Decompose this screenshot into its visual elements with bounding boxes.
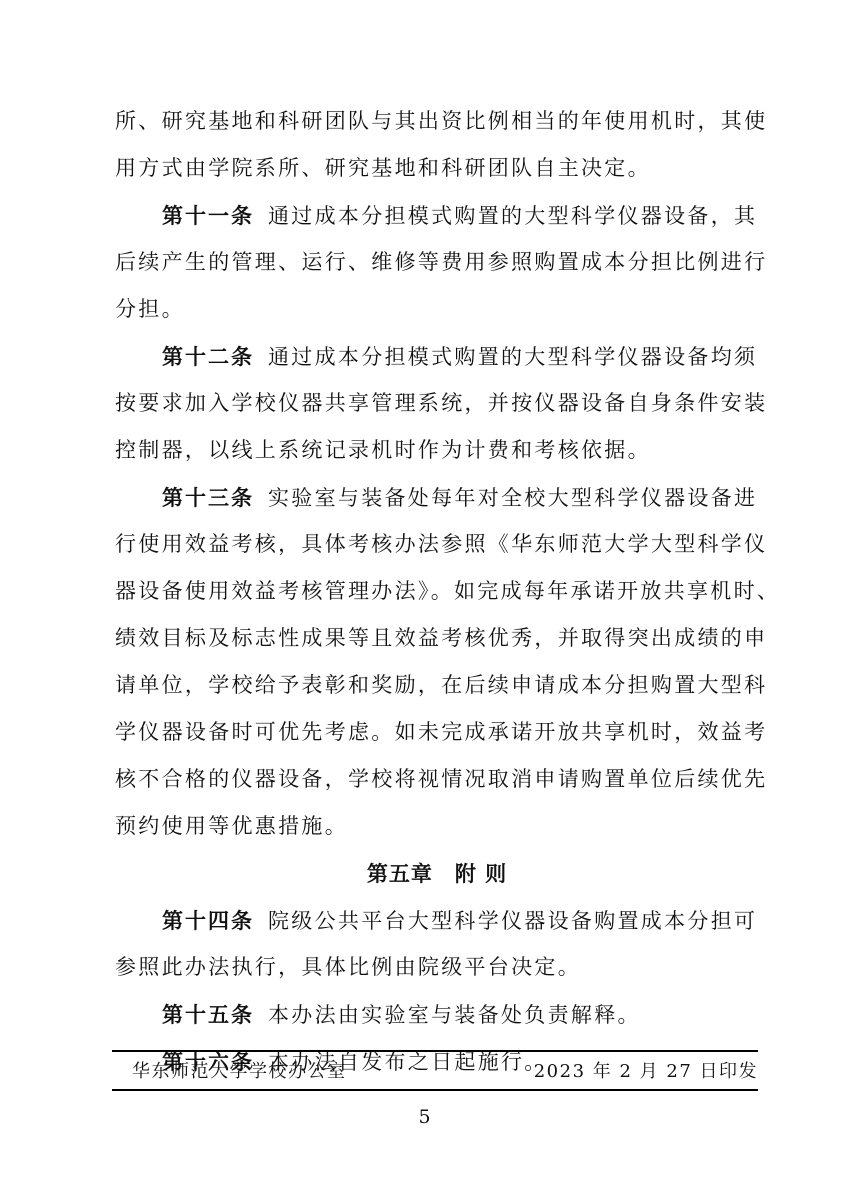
chapter-heading: 第五章附 则 (115, 850, 759, 897)
footer-top-rule (112, 1050, 758, 1052)
article-11: 第十一条通过成本分担模式购置的大型科学仪器设备，其 (115, 192, 759, 239)
article-14: 第十四条院级公共平台大型科学仪器设备购置成本分担可 (115, 897, 759, 944)
article-label: 第十四条 (162, 908, 254, 933)
issuer: 华东师范大学学校办公室 (132, 1055, 347, 1089)
issue-date: 2023 年 2 月 27 日印发 (534, 1055, 758, 1089)
page-number: 5 (0, 1104, 849, 1130)
article-label: 第十二条 (162, 344, 254, 369)
text-line: 控制器，以线上系统记录机时作为计费和考核依据。 (115, 427, 759, 474)
text-line: 后续产生的管理、运行、维修等费用参照购置成本分担比例进行 (115, 239, 759, 286)
line-text: 参照此办法执行，具体比例由院级平台决定。 (115, 955, 581, 979)
text-line: 分担。 (115, 286, 759, 333)
text-line: 学仪器设备时可优先考虑。如未完成承诺开放共享机时，效益考 (115, 709, 759, 756)
body-text: 所、研究基地和科研团队与其出资比例相当的年使用机时，其使 用方式由学院系所、研究… (115, 98, 759, 1085)
line-text: 实验室与装备处每年对全校大型科学仪器设备进 (268, 486, 757, 510)
chapter-number: 第五章 (367, 861, 433, 886)
article-label: 第十五条 (162, 1002, 254, 1027)
line-text: 控制器，以线上系统记录机时作为计费和考核依据。 (115, 438, 651, 462)
line-text: 绩效目标及标志性成果等且效益考核优秀，并取得突出成绩的申 (115, 626, 767, 650)
line-text: 请单位，学校给予表彰和奖励，在后续申请成本分担购置大型科 (115, 673, 767, 697)
line-text: 所、研究基地和科研团队与其出资比例相当的年使用机时，其使 (115, 109, 767, 133)
footer-imprint: 华东师范大学学校办公室 2023 年 2 月 27 日印发 (112, 1055, 758, 1089)
line-text: 分担。 (115, 297, 185, 321)
line-text: 用方式由学院系所、研究基地和科研团队自主决定。 (115, 156, 651, 180)
line-text: 核不合格的仪器设备，学校将视情况取消申请购置单位后续优先 (115, 767, 767, 791)
text-line: 器设备使用效益考核管理办法》。如完成每年承诺开放共享机时、 (115, 568, 759, 615)
footer-bottom-rule (112, 1089, 758, 1091)
text-line: 用方式由学院系所、研究基地和科研团队自主决定。 (115, 145, 759, 192)
text-line: 所、研究基地和科研团队与其出资比例相当的年使用机时，其使 (115, 98, 759, 145)
line-text: 通过成本分担模式购置的大型科学仪器设备，其 (268, 204, 757, 228)
article-12: 第十二条通过成本分担模式购置的大型科学仪器设备均须 (115, 333, 759, 380)
line-text: 院级公共平台大型科学仪器设备购置成本分担可 (268, 909, 757, 933)
line-text: 本办法由实验室与装备处负责解释。 (268, 1003, 641, 1027)
article-15: 第十五条本办法由实验室与装备处负责解释。 (115, 991, 759, 1038)
article-label: 第十一条 (162, 203, 254, 228)
text-line: 参照此办法执行，具体比例由院级平台决定。 (115, 944, 759, 991)
document-page: 所、研究基地和科研团队与其出资比例相当的年使用机时，其使 用方式由学院系所、研究… (0, 0, 849, 1200)
article-label: 第十三条 (162, 485, 254, 510)
text-line: 核不合格的仪器设备，学校将视情况取消申请购置单位后续优先 (115, 756, 759, 803)
text-line: 预约使用等优惠措施。 (115, 803, 759, 850)
line-text: 学仪器设备时可优先考虑。如未完成承诺开放共享机时，效益考 (115, 720, 767, 744)
line-text: 按要求加入学校仪器共享管理系统，并按仪器设备自身条件安装 (115, 391, 767, 415)
text-line: 绩效目标及标志性成果等且效益考核优秀，并取得突出成绩的申 (115, 615, 759, 662)
line-text: 通过成本分担模式购置的大型科学仪器设备均须 (268, 345, 757, 369)
text-line: 请单位，学校给予表彰和奖励，在后续申请成本分担购置大型科 (115, 662, 759, 709)
line-text: 行使用效益考核，具体考核办法参照《华东师范大学大型科学仪 (115, 532, 767, 556)
line-text: 预约使用等优惠措施。 (115, 814, 348, 838)
article-13: 第十三条实验室与装备处每年对全校大型科学仪器设备进 (115, 474, 759, 521)
text-line: 按要求加入学校仪器共享管理系统，并按仪器设备自身条件安装 (115, 380, 759, 427)
line-text: 后续产生的管理、运行、维修等费用参照购置成本分担比例进行 (115, 250, 767, 274)
text-line: 行使用效益考核，具体考核办法参照《华东师范大学大型科学仪 (115, 521, 759, 568)
chapter-title: 附 则 (455, 861, 507, 886)
line-text: 器设备使用效益考核管理办法》。如完成每年承诺开放共享机时、 (115, 579, 780, 603)
